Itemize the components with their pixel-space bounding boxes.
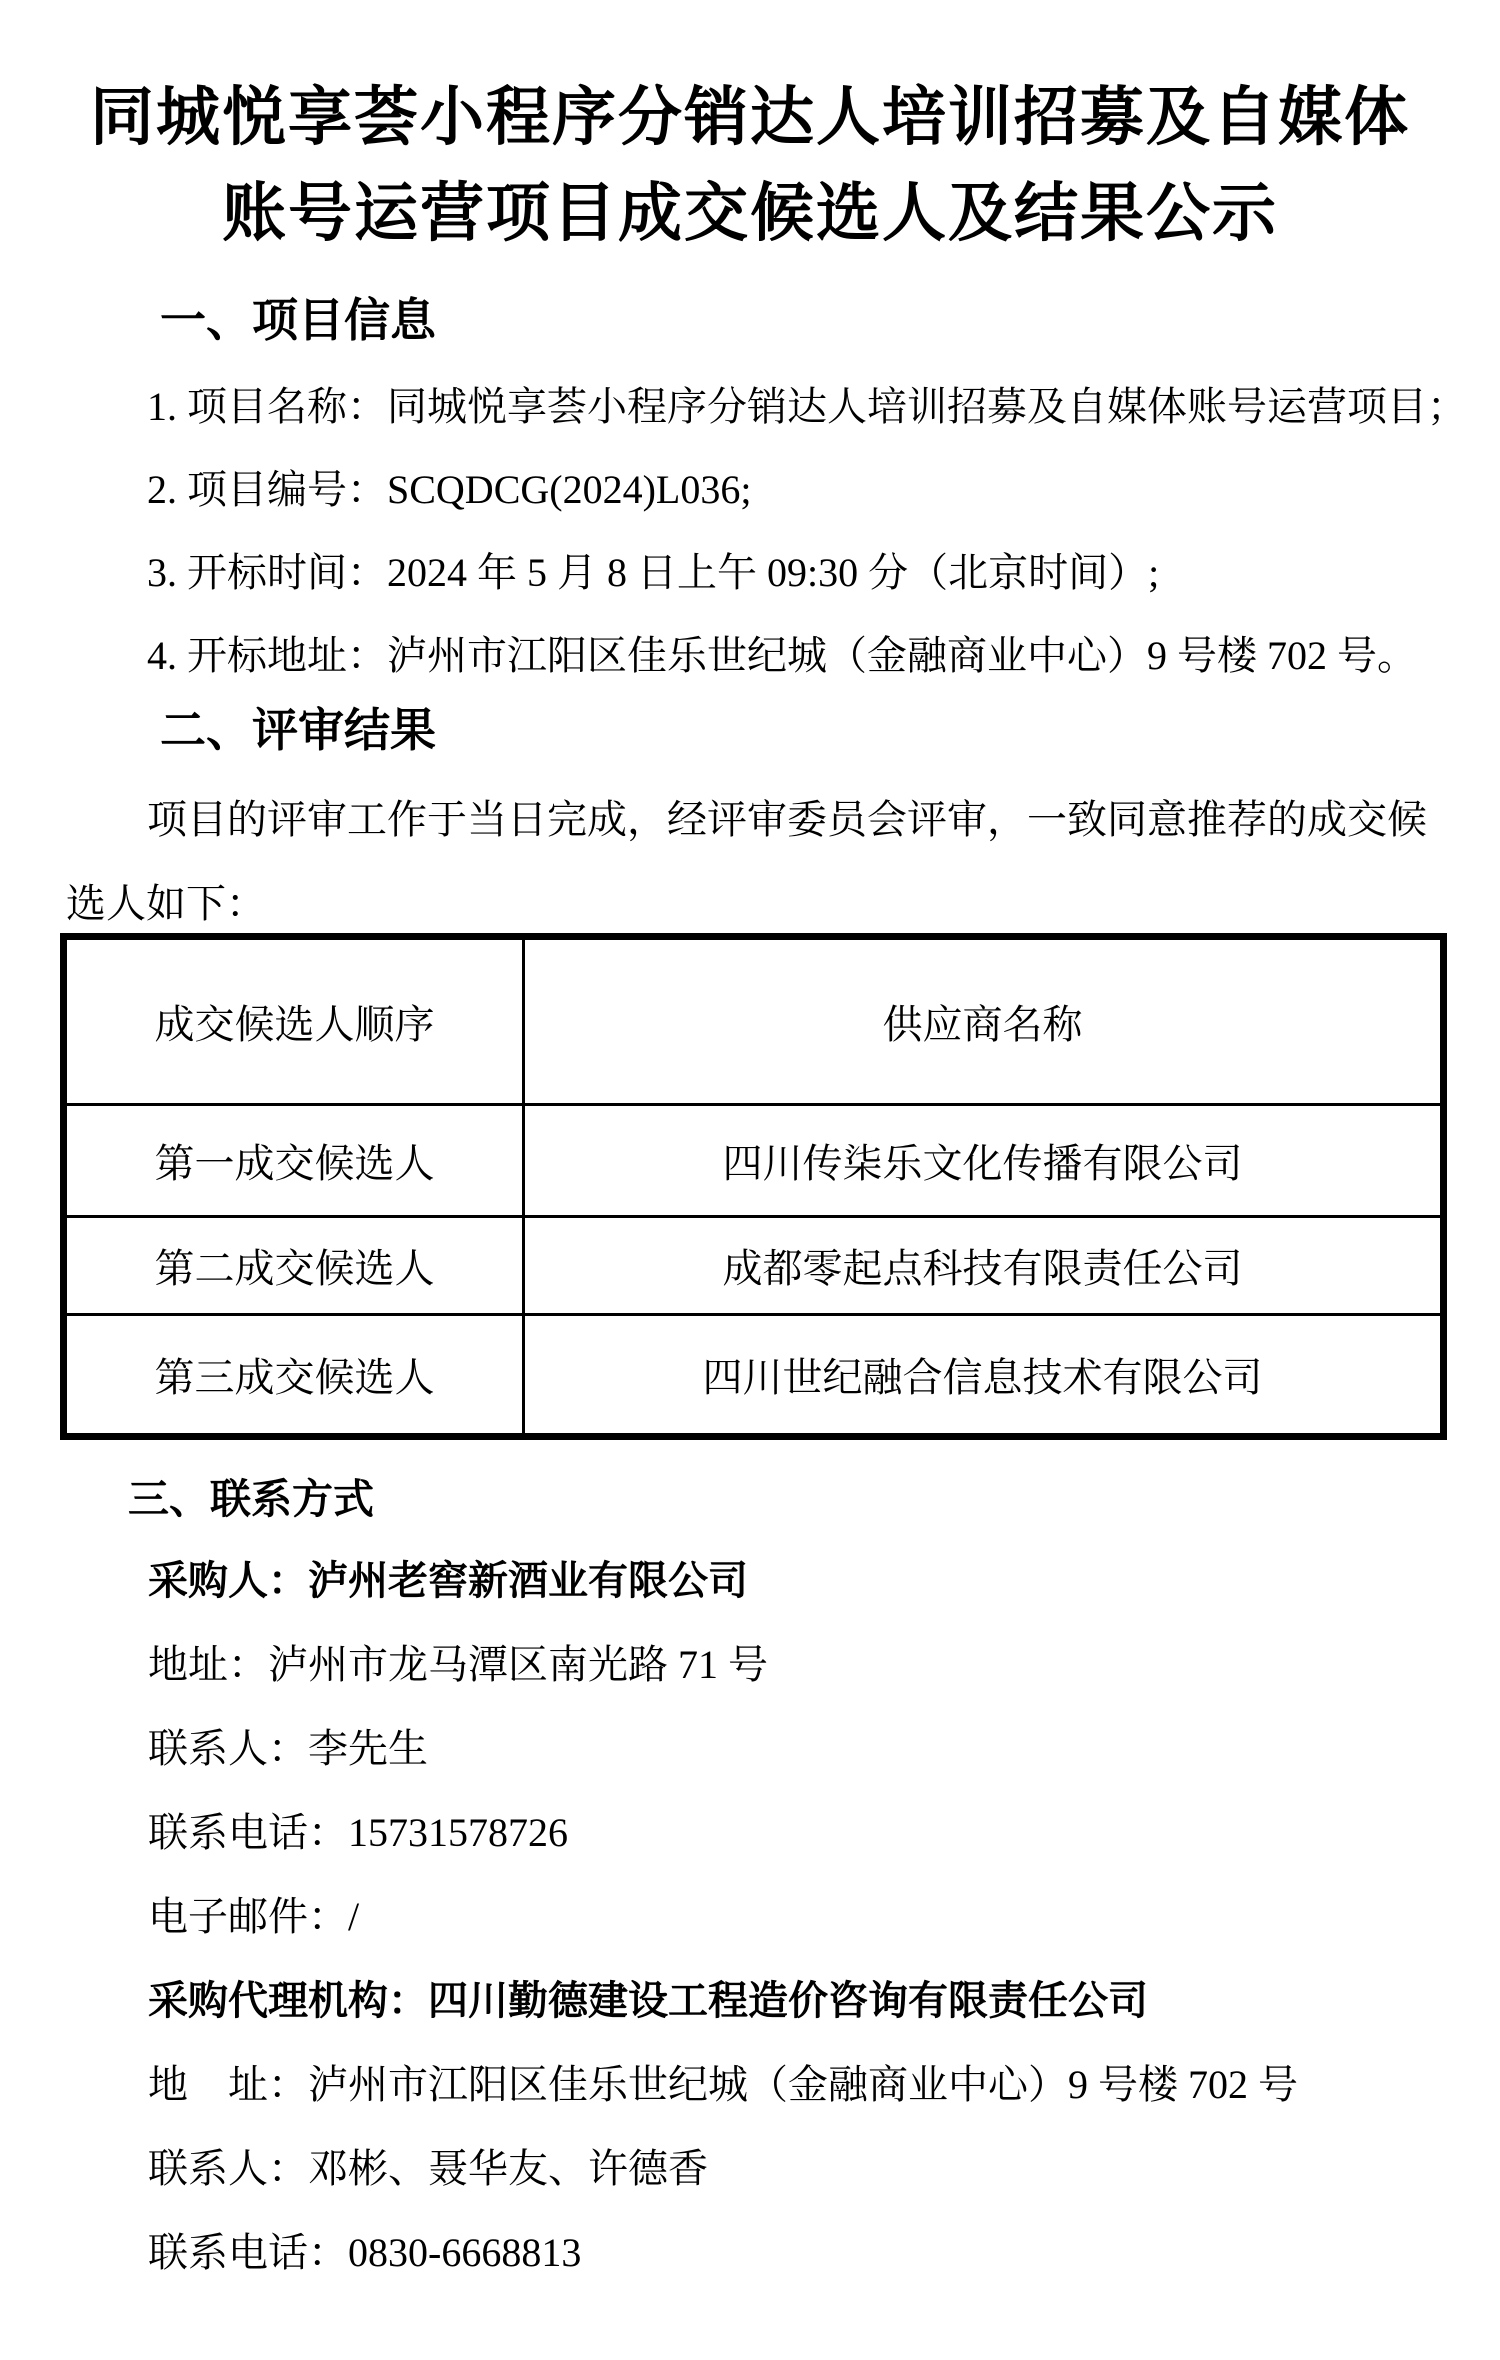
document-page: 同城悦享荟小程序分销达人培训招募及自媒体 账号运营项目成交候选人及结果公示 一、…	[0, 0, 1500, 2360]
table-row-second-candidate: 第二成交候选人 成都零起点科技有限责任公司	[64, 1217, 1444, 1315]
candidate-rank-cell: 第二成交候选人	[64, 1217, 524, 1315]
table-row-first-candidate: 第一成交候选人 四川传柒乐文化传播有限公司	[64, 1105, 1444, 1217]
supplier-name-cell: 四川世纪融合信息技术有限公司	[524, 1315, 1444, 1437]
section3-heading: 三、联系方式	[0, 1473, 1500, 1525]
table-row-third-candidate: 第三成交候选人 四川世纪融合信息技术有限公司	[64, 1315, 1444, 1437]
project-number-line: 2. 项目编号：SCQDCG(2024)L036;	[0, 468, 1500, 512]
purchaser-address-line: 地址：泸州市龙马潭区南光路 71 号	[0, 1643, 1500, 1687]
purchaser-contact-person-line: 联系人：李先生	[0, 1727, 1500, 1771]
agency-address-line: 地 址：泸州市江阳区佳乐世纪城（金融商业中心）9 号楼 702 号	[0, 2063, 1500, 2107]
candidates-table: 成交候选人顺序 供应商名称 第一成交候选人 四川传柒乐文化传播有限公司 第二成交…	[60, 933, 1447, 1440]
table-header-supplier: 供应商名称	[524, 937, 1444, 1105]
document-title-line2: 账号运营项目成交候选人及结果公示	[0, 166, 1500, 262]
section1-heading: 一、项目信息	[0, 294, 1500, 346]
agency-contact-person-line: 联系人：邓彬、聂华友、许德香	[0, 2147, 1500, 2191]
table-header-rank: 成交候选人顺序	[64, 937, 524, 1105]
agency-phone-line: 联系电话：0830-6668813	[0, 2231, 1500, 2275]
agency-line: 采购代理机构：四川勤德建设工程造价咨询有限责任公司	[0, 1979, 1500, 2023]
bid-opening-time-line: 3. 开标时间：2024 年 5 月 8 日上午 09:30 分（北京时间）;	[0, 551, 1500, 595]
supplier-name-cell: 四川传柒乐文化传播有限公司	[524, 1105, 1444, 1217]
bid-opening-address-line: 4. 开标地址：泸州市江阳区佳乐世纪城（金融商业中心）9 号楼 702 号。	[0, 634, 1500, 678]
document-title-line1: 同城悦享荟小程序分销达人培训招募及自媒体	[0, 70, 1500, 166]
candidate-rank-cell: 第一成交候选人	[64, 1105, 524, 1217]
section2-heading: 二、评审结果	[0, 704, 1500, 756]
purchaser-phone-line: 联系电话：15731578726	[0, 1811, 1500, 1855]
table-header-row: 成交候选人顺序 供应商名称	[64, 937, 1444, 1105]
purchaser-line: 采购人：泸州老窖新酒业有限公司	[0, 1559, 1500, 1603]
purchaser-email-line: 电子邮件：/	[0, 1895, 1500, 1939]
project-name-line: 1. 项目名称：同城悦享荟小程序分销达人培训招募及自媒体账号运营项目；	[0, 385, 1500, 429]
supplier-name-cell: 成都零起点科技有限责任公司	[524, 1217, 1444, 1315]
candidate-rank-cell: 第三成交候选人	[64, 1315, 524, 1437]
document-title: 同城悦享荟小程序分销达人培训招募及自媒体 账号运营项目成交候选人及结果公示	[0, 70, 1500, 262]
review-result-paragraph-line1: 项目的评审工作于当日完成，经评审委员会评审，一致同意推荐的成交候	[66, 778, 1448, 862]
